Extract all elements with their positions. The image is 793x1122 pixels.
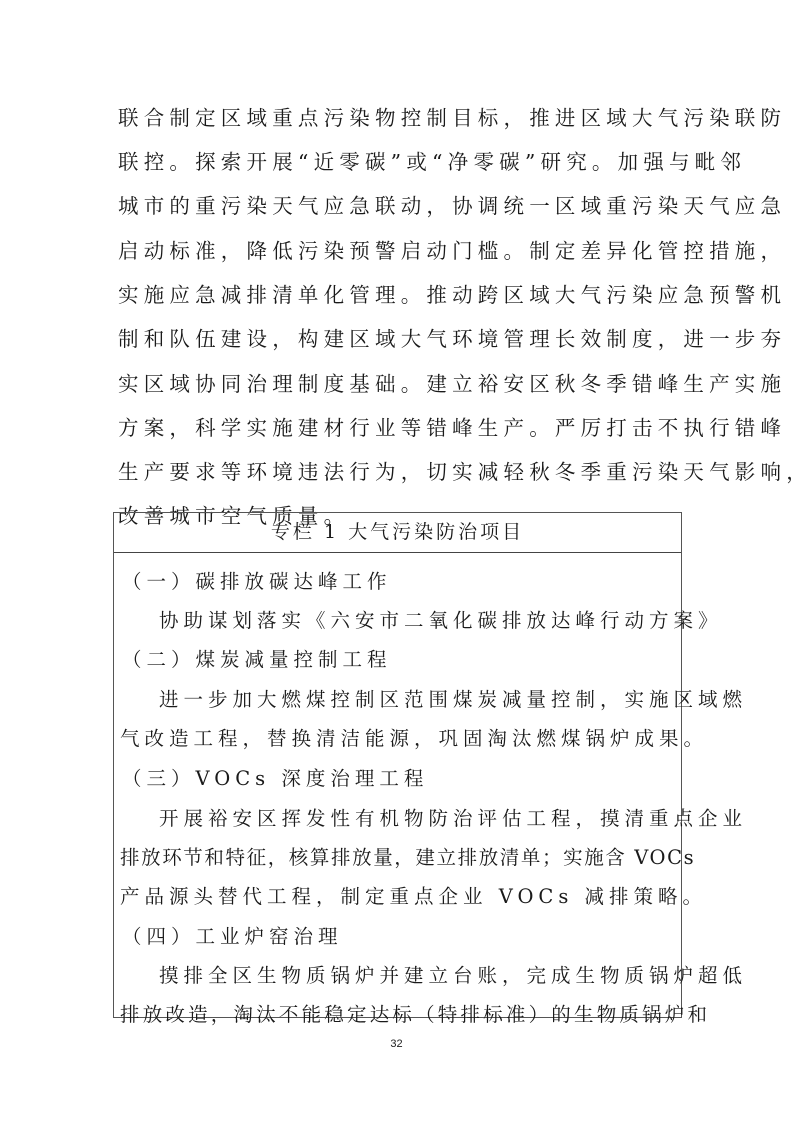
page-number: 32 xyxy=(0,1038,793,1050)
box-line: （四）工业炉窑治理 xyxy=(122,921,343,949)
paragraph-line: 方案，科学实施建材行业等错峰生产。严厉打击不执行错峰 xyxy=(118,411,786,441)
paragraph-line: 实区域协同治理制度基础。建立裕安区秋冬季错峰生产实施 xyxy=(118,367,786,397)
box-line: （三）VOCs 深度治理工程 xyxy=(122,763,428,791)
box-title: 专栏 1 大气污染防治项目 xyxy=(114,513,681,553)
box-line: 开展裕安区挥发性有机物防治评估工程，摸清重点企业 xyxy=(159,803,747,831)
box-line: 排放环节和特征，核算排放量，建立排放清单；实施含 VOCs xyxy=(120,842,695,870)
box-line: 协助谋划落实《六安市二氧化碳排放达峰行动方案》 xyxy=(159,605,723,633)
paragraph-line: 城市的重污染天气应急联动，协调统一区域重污染天气应急 xyxy=(118,189,786,219)
paragraph-line: 联控。探索开展“近零碳”或“净零碳”研究。加强与毗邻 xyxy=(118,145,746,175)
box-line: 气改造工程，替换清洁能源，巩固淘汰燃煤锅炉成果。 xyxy=(120,723,708,751)
box-line: （二）煤炭减量控制工程 xyxy=(122,644,392,672)
box-line: 排放改造，淘汰不能稳定达标（特排标准）的生物质锅炉和 xyxy=(120,999,710,1027)
paragraph-line: 实施应急减排清单化管理。推动跨区域大气污染应急预警机 xyxy=(118,278,786,308)
paragraph-line: 制和队伍建设，构建区域大气环境管理长效制度，进一步夯 xyxy=(118,322,786,352)
project-box: 专栏 1 大气污染防治项目 （一）碳排放碳达峰工作 协助谋划落实《六安市二氧化碳… xyxy=(113,512,682,1018)
box-line: 进一步加大燃煤控制区范围煤炭减量控制，实施区域燃 xyxy=(159,684,747,712)
paragraph-line: 生产要求等环境违法行为，切实减轻秋冬季重污染天气影响， xyxy=(118,455,793,485)
paragraph-line: 联合制定区域重点污染物控制目标，推进区域大气污染联防 xyxy=(118,101,786,131)
paragraph-line: 启动标准，降低污染预警启动门槛。制定差异化管控措施， xyxy=(118,234,786,264)
box-line: （一）碳排放碳达峰工作 xyxy=(122,566,392,594)
box-line: 产品源头替代工程，制定重点企业 VOCs 减排策略。 xyxy=(120,881,707,909)
box-line: 摸排全区生物质锅炉并建立台账，完成生物质锅炉超低 xyxy=(159,960,747,988)
